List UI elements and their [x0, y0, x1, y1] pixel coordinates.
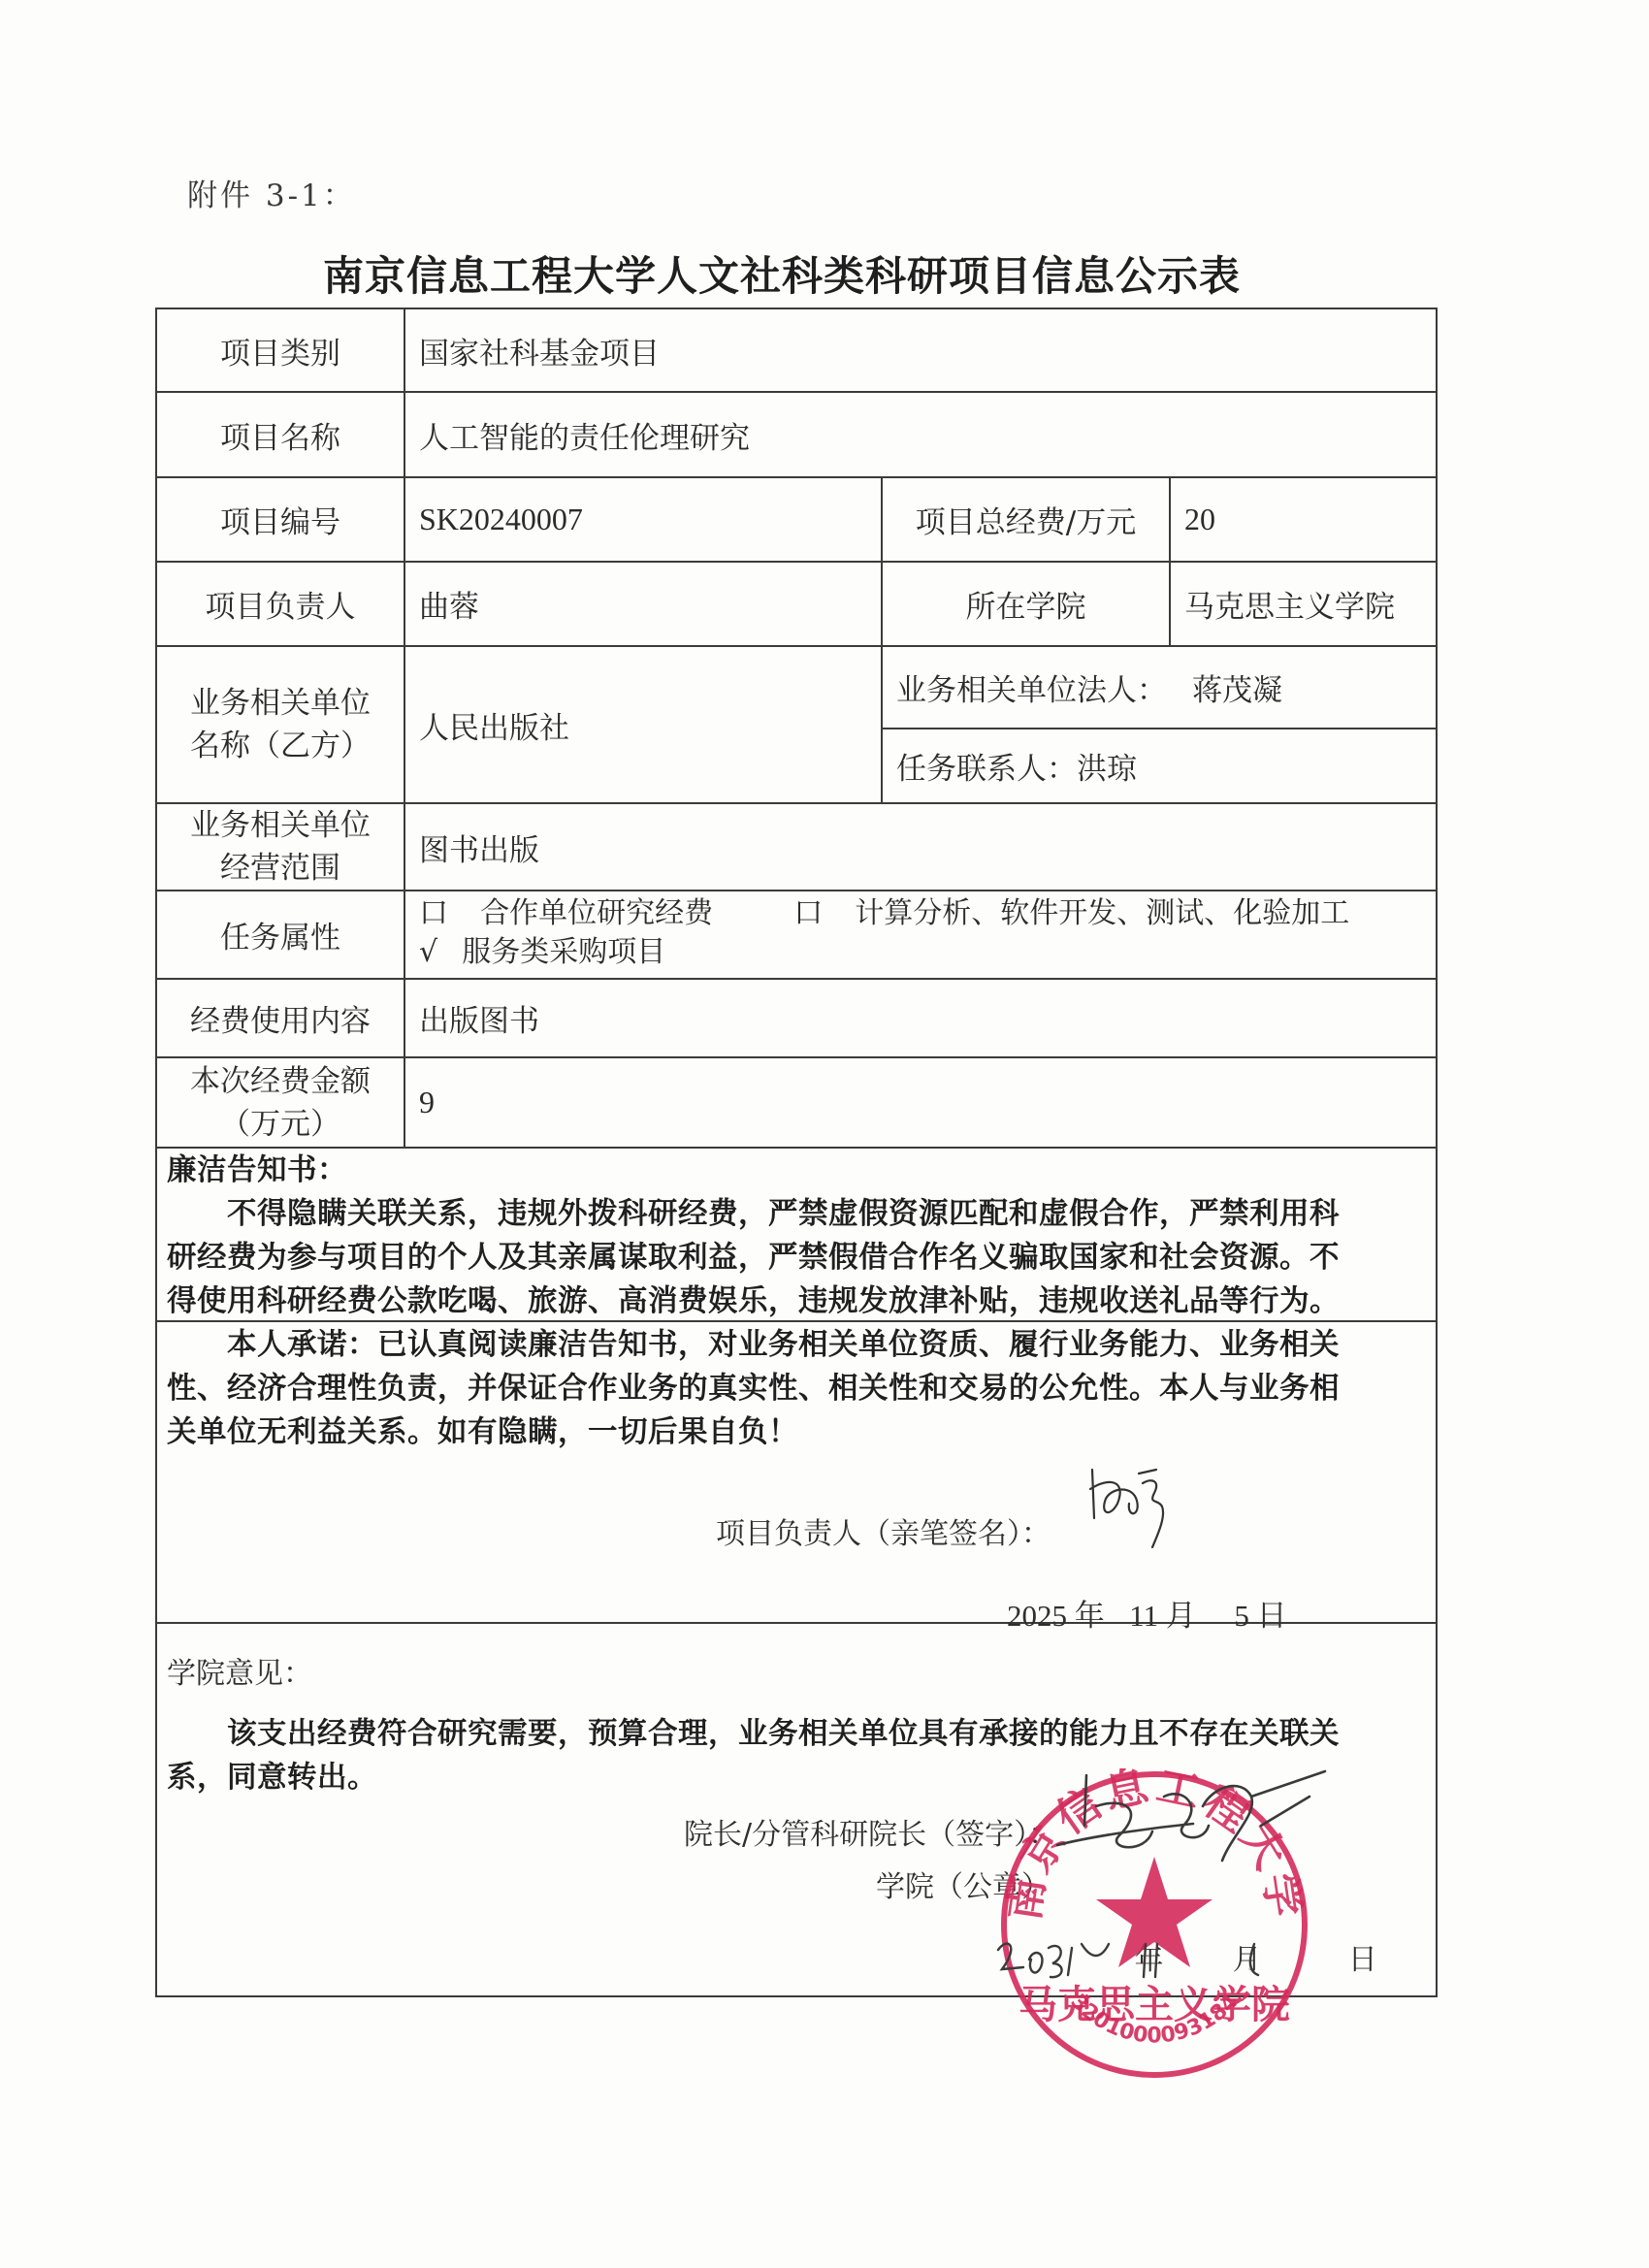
dean-signature-icon [1038, 1767, 1329, 1894]
leader-sign-month: 11 [1129, 1599, 1158, 1633]
partner-legal-rep-label: 业务相关单位法人： [896, 665, 1167, 709]
college-opinion-heading: 学院意见： [167, 1649, 312, 1692]
college-label: 所在学院 [883, 563, 1169, 645]
integrity-notice-line: 不得隐瞒关联关系，违规外拨科研经费，严禁虚假资源匹配和虚假合作，严禁利用科 [227, 1197, 1340, 1231]
partner-name-label-line2: 名称（乙方） [190, 725, 371, 767]
task-contact-label: 任务联系人： [896, 744, 1077, 788]
partner-scope-label-line1: 业务相关单位 [190, 804, 371, 847]
this-amount-label-line2: （万元） [190, 1103, 371, 1146]
partner-name-value: 人民出版社 [405, 647, 881, 802]
day-unit: 日 [1257, 1599, 1287, 1634]
college-date-handwriting-icon [994, 1930, 1314, 1989]
option-cooperation-label: 合作单位研究经费 [480, 896, 713, 930]
integrity-notice-line: 得使用科研经费公款吃喝、旅游、高消费娱乐，违规发放津补贴，违规收送礼品等行为。 [167, 1280, 1428, 1323]
partner-scope-label-line2: 经营范围 [190, 847, 371, 890]
leader-signature-icon [1088, 1460, 1176, 1552]
year-unit: 年 [1075, 1599, 1105, 1634]
partner-legal-rep: 业务相关单位法人： 蒋茂凝 [883, 647, 1436, 728]
task-attribute-label: 任务属性 [157, 891, 404, 978]
fund-usage-value: 出版图书 [405, 980, 1436, 1056]
commitment-line: 关单位无利益关系。如有隐瞒，一切后果自负！ [167, 1410, 1428, 1454]
project-leader-value: 曲蓉 [405, 563, 881, 645]
option-computation-label: 计算分析、软件开发、测试、化验加工 [855, 896, 1349, 930]
total-funds-value: 20 [1171, 478, 1436, 561]
option-cooperation-checkbox[interactable]: 口 [419, 896, 448, 930]
day-unit: 日 [1348, 1943, 1377, 1977]
integrity-notice-line: 研经费为参与项目的个人及其亲属谋取利益，严禁假借合作名义骗取国家和社会资源。不 [167, 1236, 1428, 1280]
leader-signature-label: 项目负责人（亲笔签名）： [716, 1509, 1051, 1552]
option-service-procurement-label: 服务类采购项目 [462, 935, 665, 969]
this-amount-label-line1: 本次经费金额 [190, 1060, 371, 1103]
attachment-label: 附件 3-1： [187, 171, 356, 214]
project-name-label: 项目名称 [157, 393, 404, 476]
college-opinion-line: 该支出经费符合研究需要，预算合理，业务相关单位具有承接的能力且不存在关联关 [227, 1717, 1340, 1751]
partner-scope-value: 图书出版 [405, 804, 1436, 890]
leader-sign-date: 2025 年 11 月 5 日 [1007, 1591, 1287, 1635]
leader-sign-year: 2025 [1007, 1599, 1067, 1633]
option-service-procurement-checkmark[interactable]: √ [419, 935, 437, 969]
option-computation-checkbox[interactable]: 口 [793, 896, 823, 930]
project-category-label: 项目类别 [157, 309, 404, 391]
this-amount-label: 本次经费金额 （万元） [157, 1058, 404, 1147]
month-unit: 月 [1166, 1599, 1196, 1634]
task-attribute-options: 口 合作单位研究经费 口 计算分析、软件开发、测试、化验加工 √ 服务类采购项目 [419, 894, 1428, 976]
partner-name-label: 业务相关单位 名称（乙方） [157, 647, 404, 802]
page-title: 南京信息工程大学人文社科类科研项目信息公示表 [323, 244, 1274, 303]
leader-sign-day: 5 [1234, 1599, 1249, 1633]
svg-text:马克思主义学院: 马克思主义学院 [1018, 1983, 1290, 2027]
college-value: 马克思主义学院 [1171, 563, 1436, 645]
this-amount-value: 9 [405, 1058, 1436, 1147]
project-name-value: 人工智能的责任伦理研究 [405, 393, 1436, 476]
commitment-line: 本人承诺：已认真阅读廉洁告知书，对业务相关单位资质、履行业务能力、业务相关 [227, 1328, 1340, 1362]
total-funds-label: 项目总经费/万元 [883, 478, 1169, 561]
task-contact-value: 洪琼 [1077, 744, 1137, 788]
project-number-value: SK20240007 [405, 478, 881, 561]
partner-name-label-line1: 业务相关单位 [190, 682, 371, 725]
commitment-line: 性、经济合理性负责，并保证合作业务的真实性、相关性和交易的公允性。本人与业务相 [167, 1367, 1428, 1410]
project-category-value: 国家社科基金项目 [405, 309, 1436, 391]
fund-usage-label: 经费使用内容 [157, 980, 404, 1056]
integrity-notice-heading: 廉洁告知书： [167, 1149, 1428, 1192]
partner-legal-rep-value: 蒋茂凝 [1192, 665, 1282, 709]
project-number-label: 项目编号 [157, 478, 404, 561]
task-contact: 任务联系人： 洪琼 [883, 729, 1436, 802]
project-leader-label: 项目负责人 [157, 563, 404, 645]
integrity-notice: 廉洁告知书： 不得隐瞒关联关系，违规外拨科研经费，严禁虚假资源匹配和虚假合作，严… [167, 1149, 1428, 1323]
partner-scope-label: 业务相关单位 经营范围 [157, 804, 404, 890]
commitment-statement: 本人承诺：已认真阅读廉洁告知书，对业务相关单位资质、履行业务能力、业务相关 性、… [167, 1323, 1428, 1454]
